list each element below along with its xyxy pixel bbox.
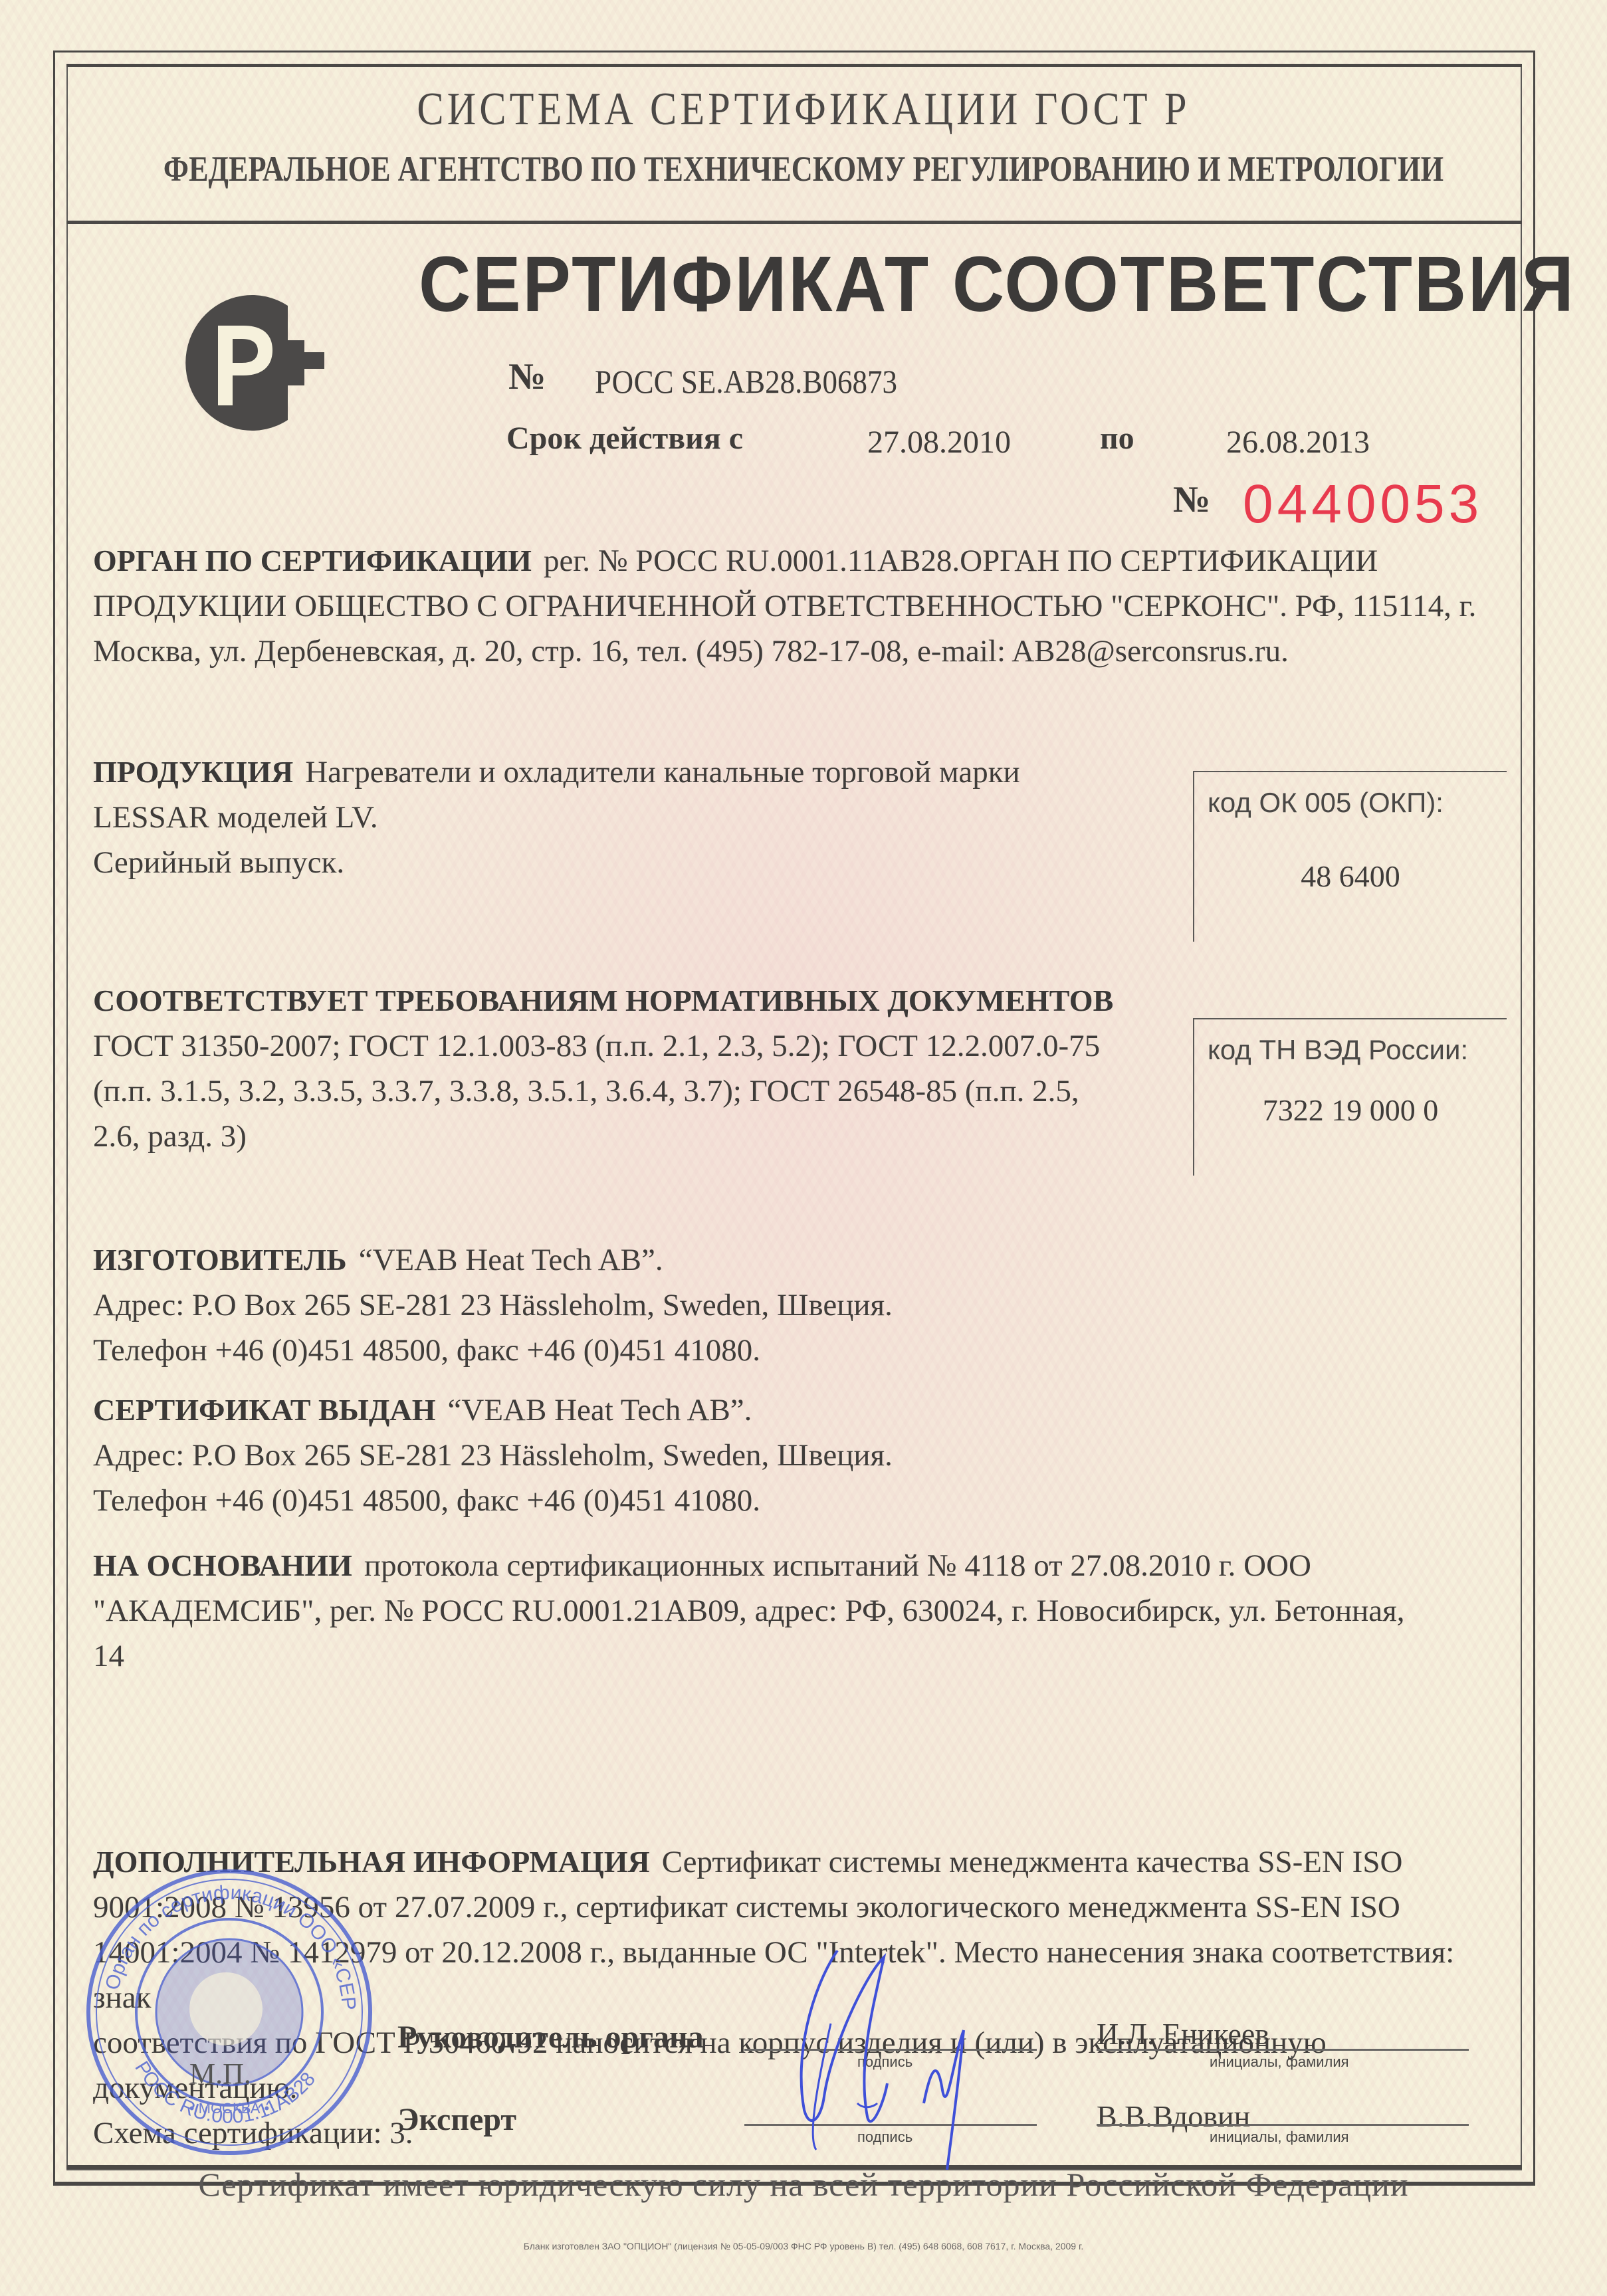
section-issued-to: СЕРТИФИКАТ ВЫДАН“VEAB Heat Tech AB”. Адр… xyxy=(93,1388,1509,1523)
basis-line-1: протокола сертификационных испытаний № 4… xyxy=(364,1548,1311,1583)
issued-to-name: “VEAB Heat Tech AB”. xyxy=(448,1393,752,1427)
issued-to-phone: Телефон +46 (0)451 48500, факс +46 (0)45… xyxy=(93,1478,1509,1523)
blank-serial-number: 0440053 xyxy=(1243,473,1483,536)
svg-text:• МОСКВА •: • МОСКВА • xyxy=(189,2100,269,2117)
valid-to-date: 26.08.2013 xyxy=(1226,424,1370,461)
top-rule xyxy=(66,64,1522,72)
manufacturer-heading: ИЗГОТОВИТЕЛЬ xyxy=(93,1243,347,1277)
header-divider xyxy=(66,221,1522,224)
product-line-3: Серийный выпуск. xyxy=(93,840,1156,885)
section-basis: НА ОСНОВАНИИпротокола сертификационных и… xyxy=(93,1543,1509,1679)
conformity-line-1: ГОСТ 31350-2007; ГОСТ 12.1.003-83 (п.п. … xyxy=(93,1023,1190,1069)
product-line-1: Нагреватели и охладители канальные торго… xyxy=(305,755,1020,789)
product-line-2: LESSAR моделей LV. xyxy=(93,795,1156,840)
head-name: И.Л. Еникеев xyxy=(1097,2016,1269,2051)
certificate-title: СЕРТИФИКАТ СООТВЕТСТВИЯ xyxy=(419,239,1575,330)
additional-line-1: Сертификат системы менеджмента качества … xyxy=(662,1845,1403,1879)
certificate-number-label: № xyxy=(508,356,546,398)
validity-label: Срок действия с xyxy=(506,420,743,457)
expert-name-caption: инициалы, фамилия xyxy=(1210,2129,1349,2146)
section-manufacturer: ИЗГОТОВИТЕЛЬ“VEAB Heat Tech AB”. Адрес: … xyxy=(93,1237,1509,1373)
manufacturer-address: Адрес: P.O Box 265 SE-281 23 Hässleholm,… xyxy=(93,1283,1509,1328)
okp-code-value: 48 6400 xyxy=(1194,859,1507,894)
expert-label: Эксперт xyxy=(397,2101,516,2138)
basis-heading: НА ОСНОВАНИИ xyxy=(93,1548,352,1582)
agency-title: ФЕДЕРАЛЬНОЕ АГЕНТСТВО ПО ТЕХНИЧЕСКОМУ РЕ… xyxy=(145,148,1463,189)
seal-place-label: М.П. xyxy=(189,2057,251,2091)
legal-validity-statement: Сертификат имеет юридическую силу на все… xyxy=(0,2165,1607,2204)
manufacturer-phone: Телефон +46 (0)451 48500, факс +46 (0)45… xyxy=(93,1328,1509,1373)
blank-printer-note: Бланк изготовлен ЗАО "ОПЦИОН" (лицензия … xyxy=(0,2241,1607,2251)
conformity-line-3: 2.6, разд. 3) xyxy=(93,1114,1190,1159)
system-title: СИСТЕМА СЕРТИФИКАЦИИ ГОСТ Р xyxy=(112,83,1494,136)
certificate-number: РОСС SE.AB28.B06873 xyxy=(595,362,897,401)
expert-name-line xyxy=(1097,2124,1469,2126)
rst-logo-icon xyxy=(171,286,324,440)
head-name-caption: инициалы, фамилия xyxy=(1210,2053,1349,2071)
handwritten-signature-icon xyxy=(731,1950,1063,2170)
official-seal-stamp-icon: Орган по сертификации ООО «СЕРКОНС» РОСС… xyxy=(83,1866,375,2158)
tnved-code-label: код ТН ВЭД России: xyxy=(1208,1034,1468,1066)
blank-number-label: № xyxy=(1173,478,1210,521)
okp-code-label: код ОК 005 (ОКП): xyxy=(1208,787,1444,819)
manufacturer-name: “VEAB Heat Tech AB”. xyxy=(359,1243,663,1277)
section-conformity: СООТВЕТСТВУЕТ ТРЕБОВАНИЯМ НОРМАТИВНЫХ ДО… xyxy=(93,978,1190,1159)
valid-from-date: 27.08.2010 xyxy=(867,424,1011,461)
section-product: ПРОДУКЦИЯНагреватели и охладители каналь… xyxy=(93,750,1156,885)
certification-body-heading: ОРГАН ПО СЕРТИФИКАЦИИ xyxy=(93,544,532,577)
tnved-code-box: код ТН ВЭД России: 7322 19 000 0 xyxy=(1193,1018,1507,1176)
valid-to-label: по xyxy=(1100,420,1134,457)
head-of-body-label: Руководитель органа xyxy=(397,2019,704,2055)
okp-code-box: код ОК 005 (ОКП): 48 6400 xyxy=(1193,771,1507,942)
issued-to-heading: СЕРТИФИКАТ ВЫДАН xyxy=(93,1393,436,1427)
section-certification-body: ОРГАН ПО СЕРТИФИКАЦИИрег. № РОСС RU.0001… xyxy=(93,538,1509,674)
basis-line-3: 14 xyxy=(93,1633,1509,1679)
basis-line-2: "АКАДЕМСИБ", рег. № РОСС RU.0001.21AB09,… xyxy=(93,1588,1509,1633)
conformity-line-2: (п.п. 3.1.5, 3.2, 3.3.5, 3.3.7, 3.3.8, 3… xyxy=(93,1069,1190,1114)
head-name-line xyxy=(1097,2049,1469,2051)
conformity-heading: СООТВЕТСТВУЕТ ТРЕБОВАНИЯМ НОРМАТИВНЫХ ДО… xyxy=(93,984,1113,1017)
issued-to-address: Адрес: P.O Box 265 SE-281 23 Hässleholm,… xyxy=(93,1433,1509,1478)
tnved-code-value: 7322 19 000 0 xyxy=(1194,1093,1507,1128)
product-heading: ПРОДУКЦИЯ xyxy=(93,755,293,789)
